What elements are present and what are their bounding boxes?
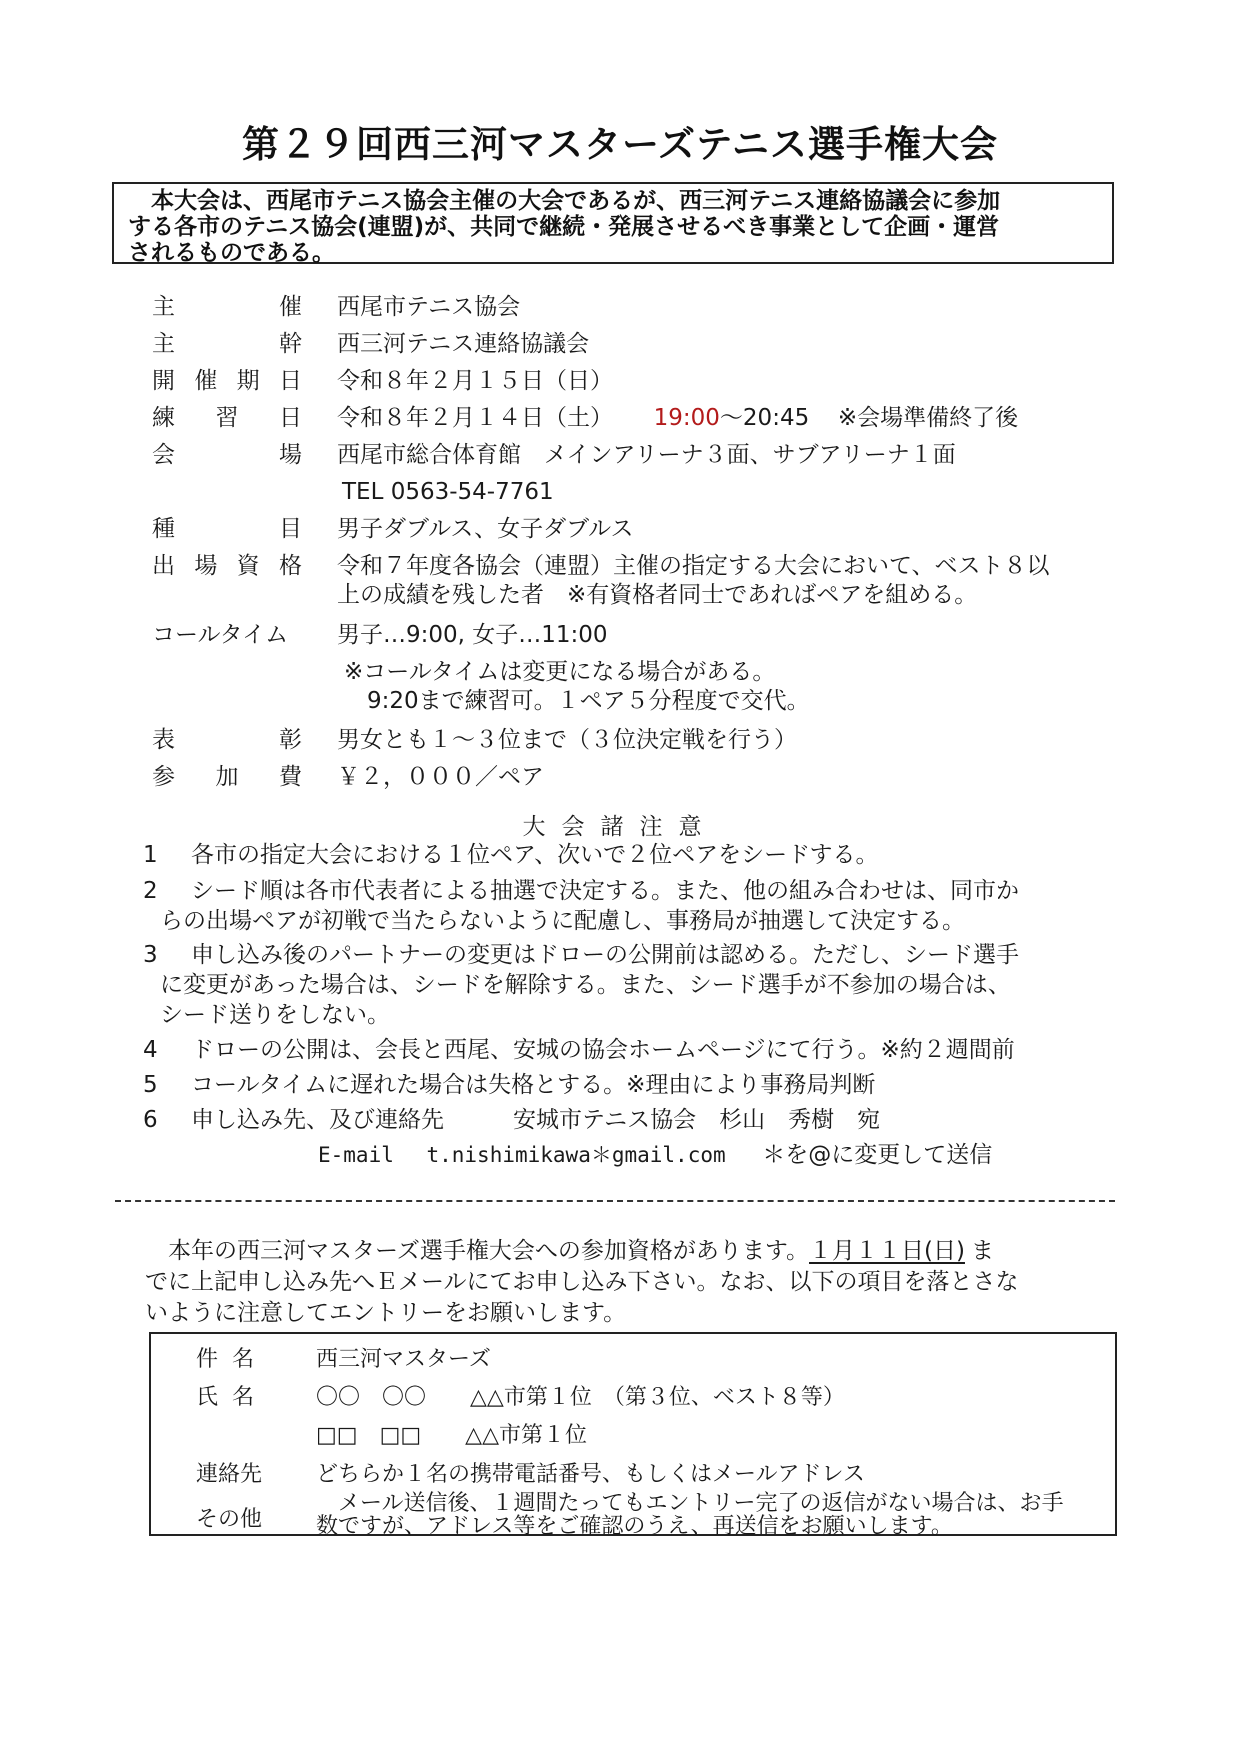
entry-label: 件 名 xyxy=(196,1346,254,1374)
detail-label: 練 習 日 xyxy=(152,405,302,431)
detail-value: 令和８年２月１５日（日） xyxy=(337,368,613,394)
detail-value: 男子ダブルス、女子ダブルス xyxy=(337,516,633,542)
entry-deadline: １月１１日(日) xyxy=(809,1238,965,1264)
detail-label: 主 催 xyxy=(152,294,302,320)
entry-value: 〇〇 〇〇 △△市第１位 （第３位、ベスト８等） xyxy=(316,1384,845,1412)
entry-label: 連絡先 xyxy=(196,1461,262,1489)
detail-label: 出 場 資 格 xyxy=(152,553,302,579)
intro-line: 本大会は、西尾市テニス協会主催の大会であるが、西三河テニス連絡協議会に参加 xyxy=(128,188,1106,214)
entry-value: □□ □□ △△市第１位 xyxy=(316,1422,587,1450)
practice-end-time: 〜20:45 xyxy=(720,405,809,431)
detail-label: コールタイム xyxy=(152,622,322,648)
call-time-note-2: 9:20まで練習可。１ペア５分程度で交代。 xyxy=(344,688,810,714)
email-label: E-mail xyxy=(318,1143,394,1167)
notes-heading: 大会諸注意 xyxy=(0,808,1240,841)
detail-label: 表 彰 xyxy=(152,727,302,753)
detail-value: 令和８年２月１４日（土） xyxy=(337,405,613,431)
detail-value: ￥２，０００／ペア xyxy=(337,764,544,790)
venue-phone: TEL 0563-54-7761 xyxy=(342,479,554,505)
entry-paragraph-line: 本年の西三河マスターズ選手権大会への参加資格があります。１月１１日(日)ま xyxy=(145,1236,994,1267)
intro-line: する各市のテニス協会(連盟)が、共同で継続・発展させるべき事業として企画・運営 xyxy=(128,214,1106,240)
cut-line-divider xyxy=(115,1200,1115,1202)
detail-label: 開 催 期 日 xyxy=(152,368,302,394)
detail-value: 西尾市総合体育館 メインアリーナ３面、サブアリーナ１面 xyxy=(337,442,956,468)
entry-label: 氏 名 xyxy=(196,1384,254,1412)
call-time-note: ※コールタイムは変更になる場合がある。 xyxy=(344,659,775,685)
email-note: ＊を@に変更して送信 xyxy=(762,1142,992,1168)
detail-label: 会 場 xyxy=(152,442,302,468)
detail-value: 男女とも１〜３位まで（３位決定戦を行う） xyxy=(337,727,797,753)
entry-value: 西三河マスターズ xyxy=(316,1346,491,1374)
intro-box: 本大会は、西尾市テニス協会主催の大会であるが、西三河テニス連絡協議会に参加 する… xyxy=(112,182,1114,264)
entry-requirements-box: 件 名 西三河マスターズ 氏 名 〇〇 〇〇 △△市第１位 （第３位、ベスト８等… xyxy=(149,1332,1117,1536)
document-title: 第２９回西三河マスターズテニス選手権大会 xyxy=(0,114,1240,168)
entry-value: 数ですが、アドレス等をご確認のうえ、再送信をお願いします。 xyxy=(316,1513,953,1541)
practice-start-time: 19:00 xyxy=(654,405,720,431)
practice-note: ※会場準備終了後 xyxy=(838,405,1018,431)
intro-line: されるものである。 xyxy=(128,240,1106,266)
detail-value: 西尾市テニス協会 xyxy=(337,294,520,320)
detail-value: 西三河テニス連絡協議会 xyxy=(337,331,589,357)
entry-paragraph-line: いように注意してエントリーをお願いします。 xyxy=(145,1298,626,1329)
detail-value: 男子…9:00, 女子…11:00 xyxy=(337,622,608,648)
entry-value: どちらか１名の携帯電話番号、もしくはメールアドレス xyxy=(316,1461,865,1489)
detail-value: 令和７年度各協会（連盟）主催の指定する大会において、ベスト８以 xyxy=(337,553,1050,579)
entry-label: その他 xyxy=(196,1506,262,1534)
entry-paragraph-line: でに上記申し込み先へＥメールにてお申し込み下さい。なお、以下の項目を落とさな xyxy=(145,1267,1019,1298)
detail-label: 参 加 費 xyxy=(152,764,302,790)
contact-email-line: E-mail t.nishimikawa＊gmail.com ＊を@に変更して送… xyxy=(318,1136,992,1169)
detail-value-cont: 上の成績を残した者 ※有資格者同士であればペアを組める。 xyxy=(337,582,977,608)
detail-label: 主 幹 xyxy=(152,331,302,357)
email-address[interactable]: t.nishimikawa＊gmail.com xyxy=(426,1143,725,1167)
detail-label: 種 目 xyxy=(152,516,302,542)
